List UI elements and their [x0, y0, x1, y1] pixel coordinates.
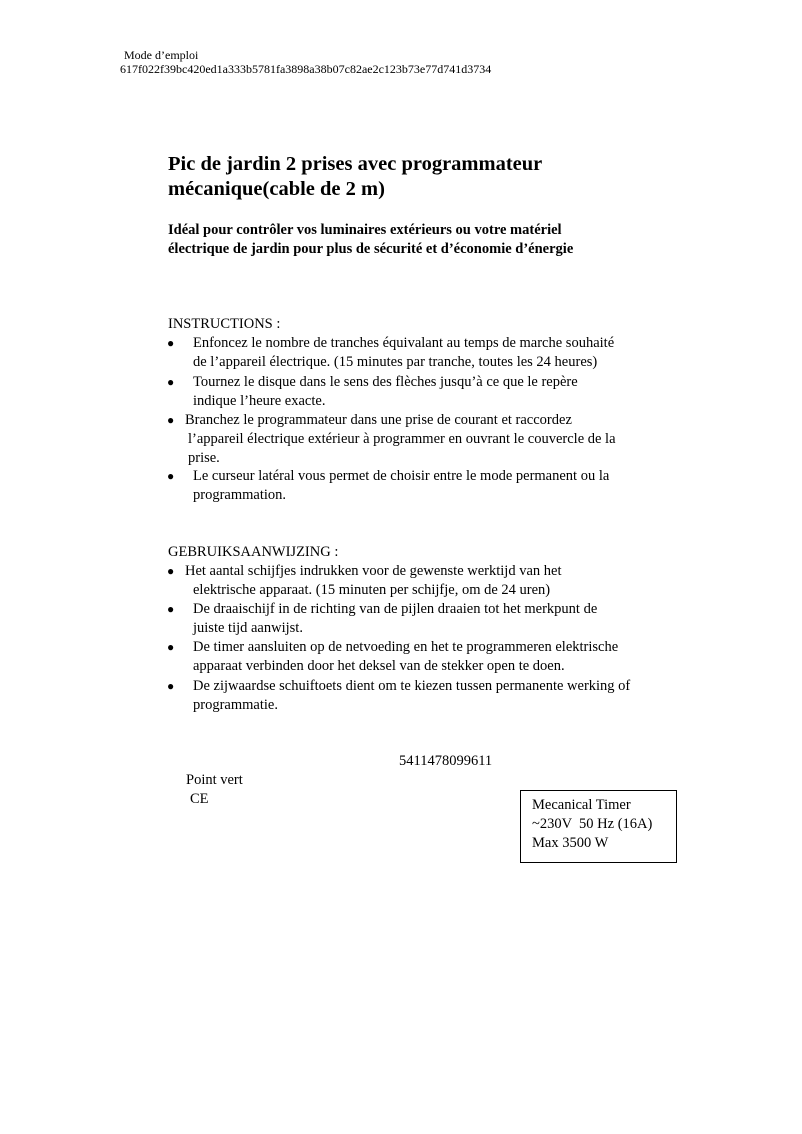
bullet-icon: ● — [167, 334, 174, 353]
bullet-icon: ● — [167, 638, 174, 657]
list-item-line: Le curseur latéral vous permet de choisi… — [193, 467, 609, 486]
point-vert-label: Point vert — [186, 771, 243, 790]
list-item-line: prise. — [188, 449, 220, 468]
page-subtitle-line-1: Idéal pour contrôler vos luminaires exté… — [168, 221, 573, 240]
bullet-icon: ● — [167, 411, 174, 430]
page-subtitle-line-2: électrique de jardin pour plus de sécuri… — [168, 240, 573, 259]
page-title: Pic de jardin 2 prises avec programmateu… — [168, 152, 542, 202]
spec-line-voltage: ~230V 50 Hz (16A) — [532, 815, 676, 834]
list-item-line: Branchez le programmateur dans une prise… — [185, 411, 572, 430]
page-subtitle: Idéal pour contrôler vos luminaires exté… — [168, 221, 573, 259]
ce-mark-label: CE — [190, 790, 209, 809]
list-item-line: Enfoncez le nombre de tranches équivalan… — [193, 334, 614, 353]
list-item-line: elektrische apparaat. (15 minuten per sc… — [193, 581, 550, 600]
bullet-icon: ● — [167, 467, 174, 486]
bullet-icon: ● — [167, 600, 174, 619]
list-item-line: Het aantal schijfjes indrukken voor de g… — [185, 562, 561, 581]
spec-box: Mecanical Timer ~230V 50 Hz (16A) Max 35… — [520, 790, 677, 863]
page-title-line-2: mécanique(cable de 2 m) — [168, 177, 542, 202]
spec-line-model: Mecanical Timer — [532, 796, 676, 815]
instructions-nl-heading: GEBRUIKSAANWIJZING : — [168, 543, 338, 562]
list-item-line: indique l’heure exacte. — [193, 392, 325, 411]
list-item-line: programmation. — [193, 486, 286, 505]
document-type-label: Mode d’emploi — [124, 48, 198, 62]
bullet-icon: ● — [167, 562, 174, 581]
list-item-line: de l’appareil électrique. (15 minutes pa… — [193, 353, 597, 372]
spec-line-power: Max 3500 W — [532, 834, 676, 853]
barcode-number: 5411478099611 — [399, 752, 492, 771]
list-item-line: De draaischijf in de richting van de pij… — [193, 600, 597, 619]
list-item-line: Tournez le disque dans le sens des flèch… — [193, 373, 578, 392]
list-item-line: apparaat verbinden door het deksel van d… — [193, 657, 565, 676]
list-item-line: De timer aansluiten op de netvoeding en … — [193, 638, 618, 657]
instructions-fr-heading: INSTRUCTIONS : — [168, 315, 280, 334]
document-id: 617f022f39bc420ed1a333b5781fa3898a38b07c… — [120, 62, 491, 76]
list-item-line: programmatie. — [193, 696, 278, 715]
list-item-line: l’appareil électrique extérieur à progra… — [188, 430, 616, 449]
bullet-icon: ● — [167, 373, 174, 392]
list-item-line: De zijwaardse schuiftoets dient om te ki… — [193, 677, 630, 696]
page-title-line-1: Pic de jardin 2 prises avec programmateu… — [168, 152, 542, 177]
list-item-line: juiste tijd aanwijst. — [193, 619, 303, 638]
bullet-icon: ● — [167, 677, 174, 696]
